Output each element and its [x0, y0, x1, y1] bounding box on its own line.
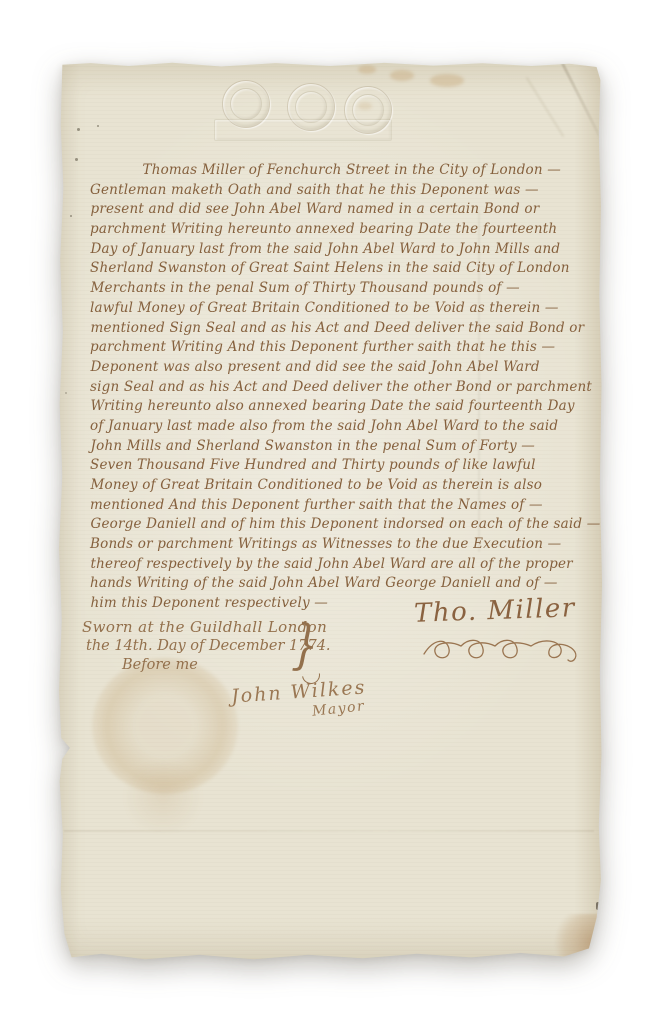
- manuscript-line: sign Seal and as his Act and Deed delive…: [90, 378, 578, 398]
- paper-speck: [65, 392, 67, 394]
- foxing-spot: [430, 74, 464, 87]
- deposition-body: Thomas Miller of Fenchurch Street in the…: [90, 161, 578, 614]
- corner-crease: [558, 57, 606, 147]
- attestation-brace: }: [291, 617, 320, 673]
- fold-crease: [64, 830, 594, 832]
- manuscript-line: Seven Thousand Five Hundred and Thirty p…: [90, 456, 578, 476]
- manuscript-paper: Thomas Miller of Fenchurch Street in the…: [58, 62, 602, 961]
- paper-speck: [75, 158, 78, 161]
- signature-flourish: [420, 634, 595, 668]
- paper-sheet-wrap: Thomas Miller of Fenchurch Street in the…: [58, 62, 602, 961]
- foxing-spot: [390, 70, 414, 81]
- stain-mark: [118, 762, 208, 832]
- foxing-spot: [358, 102, 372, 110]
- manuscript-line: lawful Money of Great Britain Conditione…: [90, 299, 578, 319]
- deponent-signature: Tho. Miller: [414, 593, 577, 629]
- manuscript-line: Gentleman maketh Oath and saith that he …: [90, 181, 578, 201]
- corner-damage-mark: [550, 914, 604, 962]
- paper-speck: [70, 215, 72, 217]
- manuscript-line: mentioned Sign Seal and as his Act and D…: [91, 319, 579, 339]
- paper-speck: [97, 125, 99, 127]
- manuscript-line: John Mills and Sherland Swanston in the …: [91, 437, 579, 457]
- manuscript-line: George Daniell and of him this Deponent …: [91, 515, 579, 535]
- foxing-spot: [358, 65, 376, 74]
- manuscript-line: hands Writing of the said John Abel Ward…: [90, 574, 578, 594]
- manuscript-line: Merchants in the penal Sum of Thirty Tho…: [91, 279, 579, 299]
- paper-speck: [77, 128, 80, 131]
- manuscript-line: present and did see John Abel Ward named…: [91, 200, 579, 220]
- manuscript-line: Money of Great Britain Conditioned to be…: [91, 476, 579, 496]
- photo-background: Thomas Miller of Fenchurch Street in the…: [0, 0, 663, 1024]
- embossed-stamp-band: [214, 119, 392, 141]
- manuscript-line: parchment Writing hereunto annexed beari…: [90, 220, 578, 240]
- manuscript-line: thereof respectively by the said John Ab…: [91, 555, 579, 575]
- manuscript-line: Day of January last from the said John A…: [91, 240, 579, 260]
- manuscript-line: Deponent was also present and did see th…: [91, 358, 579, 378]
- corner-crease: [526, 77, 565, 137]
- manuscript-line: Thomas Miller of Fenchurch Street in the…: [91, 161, 579, 181]
- edge-notch-mark: [596, 902, 600, 910]
- manuscript-line: Bonds or parchment Writings as Witnesses…: [90, 535, 578, 555]
- manuscript-line: Sherland Swanston of Great Saint Helens …: [90, 259, 578, 279]
- manuscript-line: mentioned And this Deponent further sait…: [90, 496, 578, 516]
- manuscript-line: of January last made also from the said …: [90, 417, 578, 437]
- manuscript-line: Writing hereunto also annexed bearing Da…: [91, 397, 579, 417]
- attestation-place-line: Sworn at the Guildhall London: [82, 618, 327, 636]
- manuscript-line: parchment Writing And this Deponent furt…: [90, 338, 578, 358]
- attestation-before-me-line: Before me: [122, 657, 198, 673]
